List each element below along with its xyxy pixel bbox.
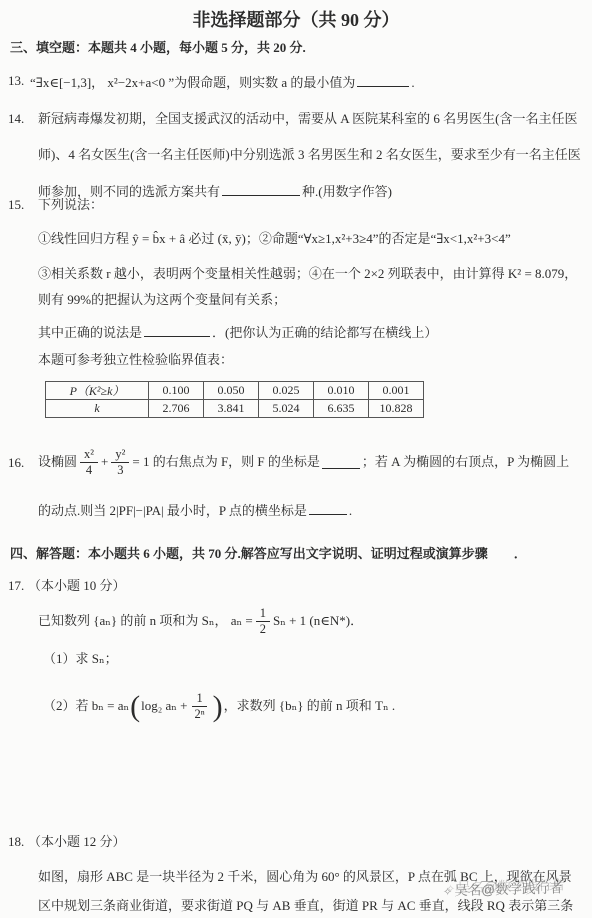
table-cell: 0.010 <box>314 382 369 400</box>
exam-page: 非选择题部分（共 90 分） 三、填空题：本题共 4 小题，每小题 5 分，共 … <box>0 0 592 918</box>
q15-conclusion-pre: 其中正确的说法是 <box>38 325 142 340</box>
q17-part2-post: ，求数列 {bₙ} 的前 n 项和 Tₙ . <box>224 698 395 714</box>
q17-part2-pre: （2）若 bₙ = aₙ <box>43 698 129 714</box>
q14-line3-post: 种.(用数字作答) <box>302 184 392 199</box>
table-cell: 5.024 <box>259 400 314 418</box>
q16-pre: 设椭圆 <box>38 454 77 470</box>
q13-text: “∃x∈[−1,3]， x²−2x+a<0 ”为假命题，则实数 a 的最小值为. <box>30 73 415 91</box>
open-paren: ( <box>130 693 140 720</box>
q15-items-1-2: ①线性回归方程 ŷ = b̂x + â 必过 (x̄, ȳ)；②命题“∀x≥1,… <box>38 231 511 247</box>
q18-line2: 区中规划三条商业街道，要求街道 PQ 与 AB 垂直，街道 PR 与 AC 垂直… <box>38 898 573 914</box>
q17-given: 已知数列 {aₙ} 的前 n 项和为 Sₙ， aₙ = 1 2 Sₙ + 1 (… <box>38 600 363 642</box>
q17-points: （本小题 10 分） <box>28 578 126 594</box>
q15-table-note: 本题可参考独立性检验临界值表： <box>38 352 233 368</box>
answer-blank <box>309 501 347 515</box>
fraction: x² 4 <box>80 447 98 477</box>
page-title: 非选择题部分（共 90 分） <box>0 6 592 32</box>
table-cell: 0.050 <box>204 382 259 400</box>
q15-number: 15. <box>8 197 24 213</box>
sparkle-icon: ✧ <box>443 886 453 898</box>
q16-line2-post: . <box>349 503 352 518</box>
answer-blank <box>222 182 300 196</box>
q17-part2-log: log₂ aₙ + <box>141 698 187 714</box>
q16-line2: 的动点.则当 2|PF|−|PA| 最小时，P 点的横坐标是. <box>38 501 352 519</box>
table-cell: 0.001 <box>369 382 424 400</box>
q18-number: 18. <box>8 834 24 850</box>
q17-given-post: Sₙ + 1 (n∈N*)． <box>273 613 363 629</box>
table-cell: k <box>46 400 149 418</box>
q16-mid: ；若 A 为椭圆的右顶点，P 为椭圆上 <box>362 454 569 470</box>
q14-line2: 师)、4 名女医生(含一名主任医师)中分别选派 3 名男医生和 2 名女医生，要… <box>38 147 581 163</box>
fraction: y² 3 <box>111 447 129 477</box>
watermark: ✧吴名@数学践行者 <box>443 876 563 899</box>
q13-number: 13. <box>8 73 24 89</box>
plus-sign: + <box>101 454 108 470</box>
table-cell: 10.828 <box>369 400 424 418</box>
q15-items-3-4: ③相关系数 r 越小，表明两个变量相关性越弱；④在一个 2×2 列联表中，由计算… <box>38 266 577 282</box>
q17-given-pre: 已知数列 {aₙ} 的前 n 项和为 Sₙ， aₙ = <box>38 613 253 629</box>
answer-blank <box>322 455 360 469</box>
q16-line1: 设椭圆 x² 4 + y² 3 = 1 的右焦点为 F，则 F 的坐标是 ；若 … <box>38 438 569 486</box>
table-cell: 3.841 <box>204 400 259 418</box>
q18-points: （本小题 12 分） <box>28 834 126 850</box>
table-cell: 6.635 <box>314 400 369 418</box>
q15-conclusion: 其中正确的说法是．(把你认为正确的结论都写在横线上） <box>38 323 437 341</box>
q15-intro: 下列说法： <box>38 197 103 213</box>
q16-eq: = 1 的右焦点为 F，则 F 的坐标是 <box>132 454 320 470</box>
q14-number: 14. <box>8 111 24 127</box>
watermark-text: 吴名@数学践行者 <box>454 880 563 898</box>
q14-line1: 新冠病毒爆发初期，全国支援武汉的活动中，需要从 A 医院某科室的 6 名男医生(… <box>38 111 578 127</box>
answer-blank <box>144 323 210 337</box>
q15-conclusion-post: ．(把你认为正确的结论都写在横线上） <box>212 325 437 340</box>
q16-number: 16. <box>8 455 24 471</box>
table-cell: 0.100 <box>149 382 204 400</box>
q15-items-3-4-cont: 则有 99%的把握认为这两个变量间有关系； <box>38 292 286 308</box>
table-header-cell: P（K²≥k） <box>46 382 149 400</box>
table-row: P（K²≥k） 0.100 0.050 0.025 0.010 0.001 <box>46 382 424 400</box>
answer-blank <box>357 73 409 87</box>
fraction: 1 2ⁿ <box>190 691 208 721</box>
q17-number: 17. <box>8 578 24 594</box>
section3-heading: 三、填空题：本题共 4 小题，每小题 5 分，共 20 分. <box>10 40 306 56</box>
critical-value-table: P（K²≥k） 0.100 0.050 0.025 0.010 0.001 k … <box>45 381 424 418</box>
fraction: 1 2 <box>256 606 270 636</box>
table-cell: 2.706 <box>149 400 204 418</box>
close-paren: ) <box>213 693 223 720</box>
table-row: k 2.706 3.841 5.024 6.635 10.828 <box>46 400 424 418</box>
q17-part2: （2）若 bₙ = aₙ ( log₂ aₙ + 1 2ⁿ ) ，求数列 {bₙ… <box>43 682 395 730</box>
table-cell: 0.025 <box>259 382 314 400</box>
q17-part1: （1）求 Sₙ； <box>43 651 118 667</box>
q16-line2-pre: 的动点.则当 2|PF|−|PA| 最小时，P 点的横坐标是 <box>38 503 307 518</box>
section4-heading: 四、解答题：本小题共 6 小题，共 70 分.解答应写出文字说明、证明过程或演算… <box>10 546 527 562</box>
q13-statement: “∃x∈[−1,3]， x²−2x+a<0 ”为假命题，则实数 a 的最小值为 <box>30 75 355 90</box>
q13-suffix: . <box>411 75 414 90</box>
